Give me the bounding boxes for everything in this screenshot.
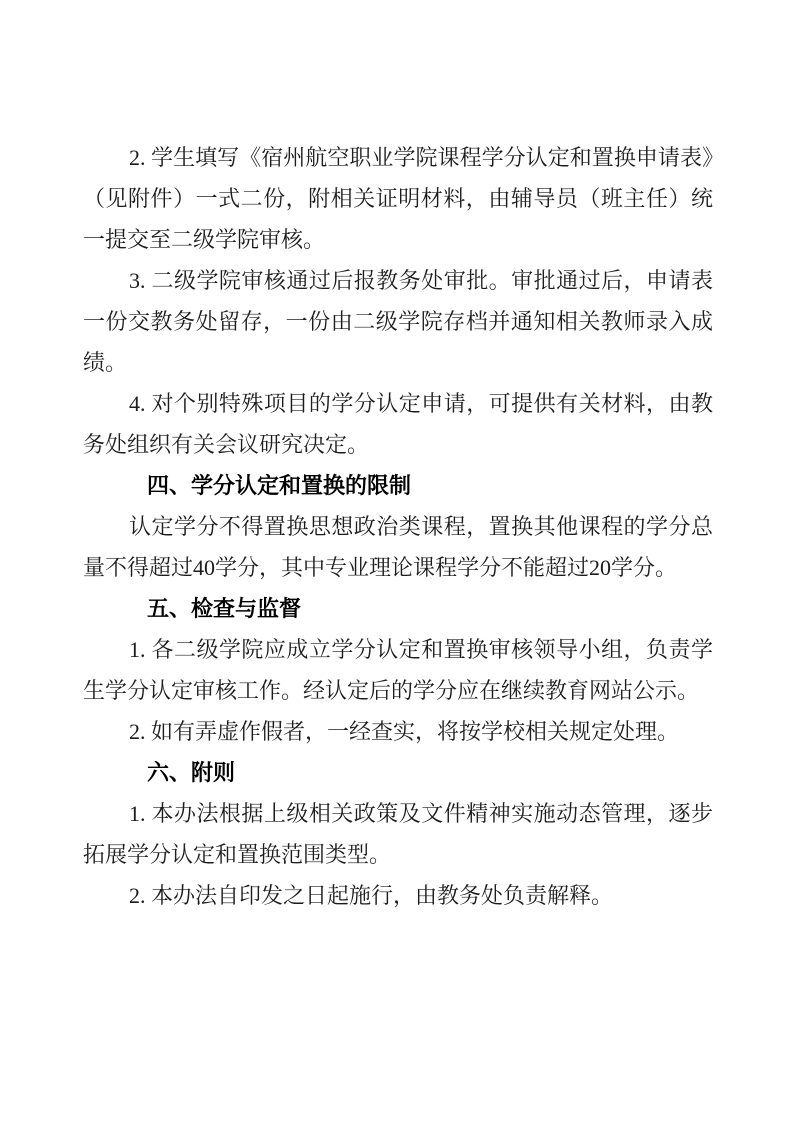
document-body: 2. 学生填写《宿州航空职业学院课程学分认定和置换申请表》（见附件）一式二份，附… (83, 137, 713, 916)
section-heading-6-supplementary: 六、附则 (83, 752, 713, 793)
section-heading-5-supervision: 五、检查与监督 (83, 588, 713, 629)
body-paragraph-item1-dynamic-mgmt: 1. 本办法根据上级相关政策及文件精神实施动态管理，逐步拓展学分认定和置换范围类… (83, 793, 713, 875)
body-paragraph-item1-leading-group: 1. 各二级学院应成立学分认定和置换审核领导小组，负责学生学分认定审核工作。经认… (83, 629, 713, 711)
body-paragraph-item3-approval: 3. 二级学院审核通过后报教务处审批。审批通过后，申请表一份交教务处留存，一份由… (83, 260, 713, 383)
body-paragraph-item2-procedure: 2. 学生填写《宿州航空职业学院课程学分认定和置换申请表》（见附件）一式二份，附… (83, 137, 713, 260)
body-paragraph-item2-fraud: 2. 如有弄虚作假者，一经查实，将按学校相关规定处理。 (83, 711, 713, 752)
document-page: 2. 学生填写《宿州航空职业学院课程学分认定和置换申请表》（见附件）一式二份，附… (0, 0, 793, 1122)
body-paragraph-credit-limits: 认定学分不得置换思想政治类课程，置换其他课程的学分总量不得超过40学分，其中专业… (83, 506, 713, 588)
body-paragraph-item2-effective-date: 2. 本办法自印发之日起施行，由教务处负责解释。 (83, 875, 713, 916)
body-paragraph-item4-special: 4. 对个别特殊项目的学分认定申请，可提供有关材料，由教务处组织有关会议研究决定… (83, 383, 713, 465)
section-heading-4-limits: 四、学分认定和置换的限制 (83, 465, 713, 506)
